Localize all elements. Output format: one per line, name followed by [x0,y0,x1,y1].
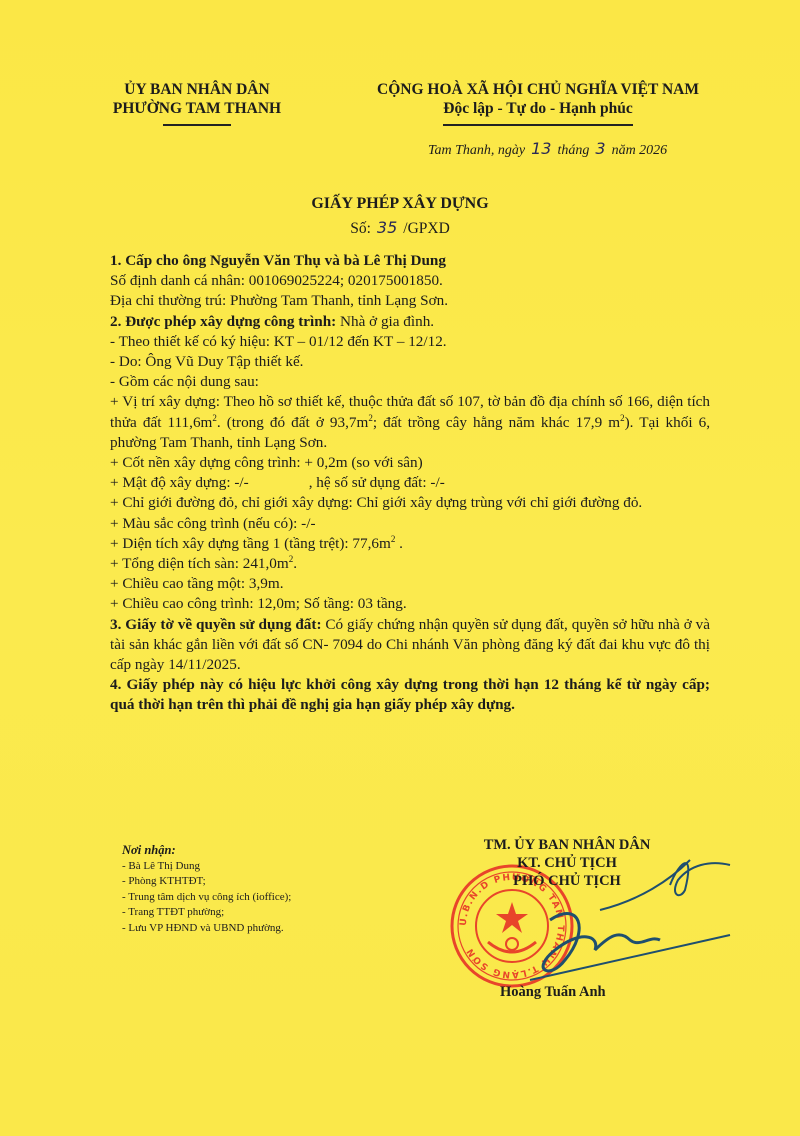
section-3-land-documents: 3. Giấy tờ về quyền sử dụng đất: Có giấy… [110,615,710,676]
section-1-heading: 1. Cấp cho ông Nguyễn Văn Thụ và bà Lê T… [110,251,710,271]
personal-id: Số định danh cá nhân: 001069025224; 0201… [110,271,710,291]
boundary-line: + Chỉ giới đường đỏ, chỉ giới xây dựng: … [110,493,710,513]
recipient-item: - Bà Lê Thị Dung [122,859,291,875]
handwritten-number: 35 [371,218,403,237]
document-title: GIẤY PHÉP XÂY DỰNG [0,195,800,213]
recipient-item: - Phòng KTHTĐT; [122,874,291,890]
total-floor-area: + Tổng diện tích sàn: 241,0m2. [110,554,710,574]
recipients-label: Nơi nhận: [122,843,291,859]
handwritten-day: 13 [525,139,557,158]
document-number: Số:35/GPXD [0,218,800,238]
building-color: + Màu sắc công trình (nếu có): -/- [110,514,710,534]
national-header: CỘNG HOÀ XÃ HỘI CHỦ NGHĨA VIỆT NAM Độc l… [358,80,718,126]
date-line: Tam Thanh, ngày13tháng3năm 2026 [428,139,667,159]
agency-line-2: PHƯỜNG TAM THANH [112,99,282,118]
country-name: CỘNG HOÀ XÃ HỘI CHỦ NGHĨA VIỆT NAM [358,80,718,99]
issuing-agency: ỦY BAN NHÂN DÂN PHƯỜNG TAM THANH [112,80,282,126]
foundation-level: + Cốt nền xây dựng công trình: + 0,2m (s… [110,453,710,473]
motto-underline [443,124,633,126]
agency-line-1: ỦY BAN NHÂN DÂN [112,80,282,99]
national-motto: Độc lập - Tự do - Hạnh phúc [358,99,718,118]
handwritten-signature-icon [520,840,740,1000]
building-height: + Chiều cao công trình: 12,0m; Số tầng: … [110,594,710,614]
ground-floor-area: + Diện tích xây dựng tầng 1 (tầng trệt):… [110,534,710,554]
construction-location: + Vị trí xây dựng: Theo hồ sơ thiết kế, … [110,392,710,453]
contents-label: - Gồm các nội dung sau: [110,372,710,392]
recipients-list: Nơi nhận: - Bà Lê Thị Dung - Phòng KTHTĐ… [122,843,291,936]
recipient-item: - Lưu VP HĐND và UBND phường. [122,921,291,937]
design-code: - Theo thiết kế có ký hiệu: KT – 01/12 đ… [110,332,710,352]
document-page: ỦY BAN NHÂN DÂN PHƯỜNG TAM THANH CỘNG HO… [0,0,800,1136]
section-4-validity: 4. Giấy phép này có hiệu lực khởi công x… [110,675,710,715]
permanent-address: Địa chỉ thường trú: Phường Tam Thanh, tỉ… [110,291,710,311]
agency-underline [163,124,231,126]
designer: - Do: Ông Vũ Duy Tập thiết kế. [110,352,710,372]
signer-name: Hoàng Tuấn Anh [500,984,606,1001]
recipient-item: - Trung tâm dịch vụ công ích (ioffice); [122,890,291,906]
section-2-heading: 2. Được phép xây dựng công trình: Nhà ở … [110,312,710,332]
recipient-item: - Trang TTĐT phường; [122,905,291,921]
building-density: + Mật độ xây dựng: -/-, hệ số sử dụng đấ… [110,473,710,493]
document-body: 1. Cấp cho ông Nguyễn Văn Thụ và bà Lê T… [110,251,710,716]
ground-floor-height: + Chiều cao tầng một: 3,9m. [110,574,710,594]
handwritten-month: 3 [589,139,611,158]
